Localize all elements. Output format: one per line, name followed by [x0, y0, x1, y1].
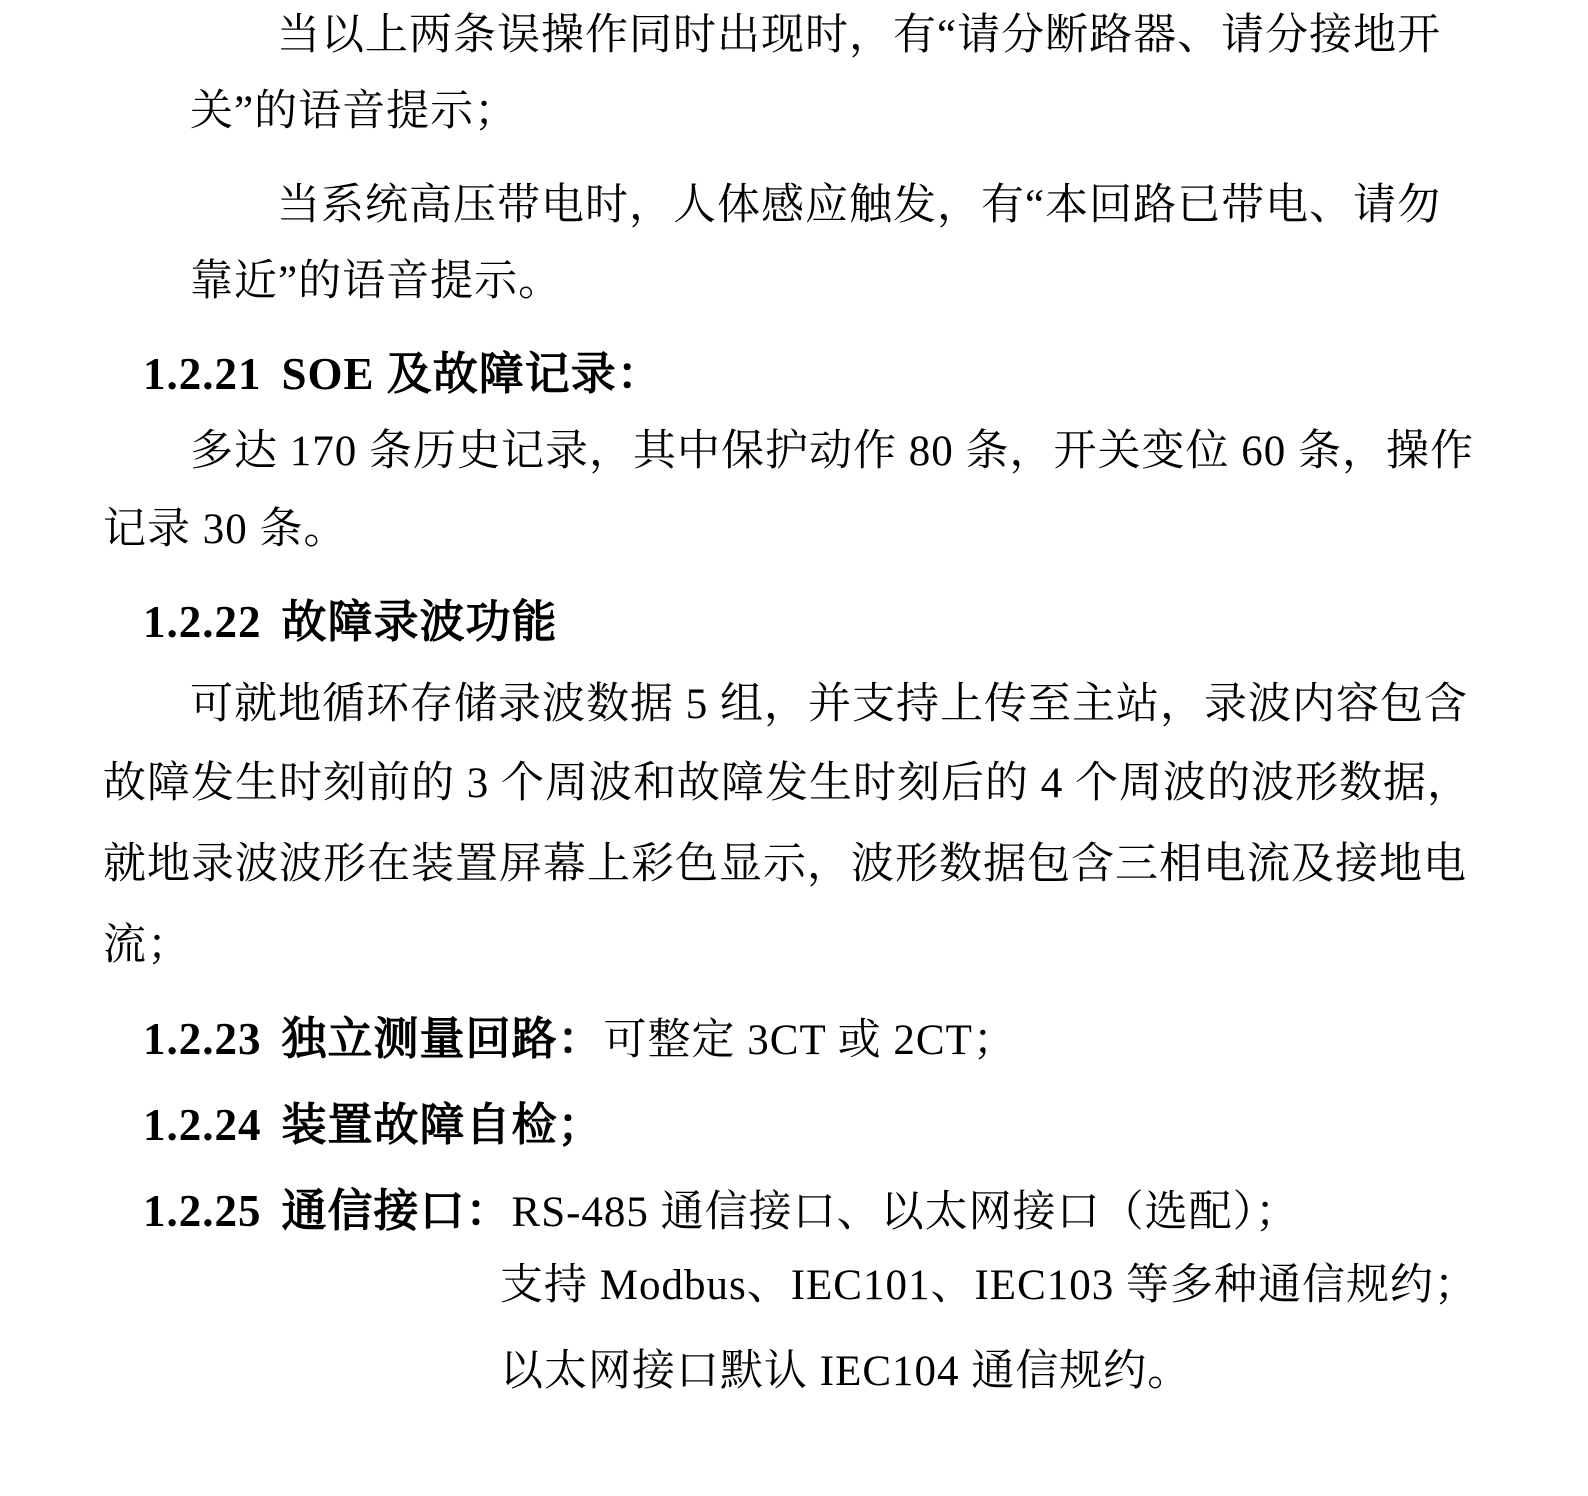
heading-title: 故障录波功能 — [282, 597, 558, 647]
section-heading-1-2-23-independent-measurement: 1.2.23独立测量回路：可整定 3CT 或 2CT； — [143, 1012, 1017, 1068]
fault-recording-line-3: 就地录波波形在装置屏幕上彩色显示，波形数据包含三相电流及接地电 — [103, 838, 1467, 892]
communication-protocols-line: 支持 Modbus、IEC101、IEC103 等多种通信规约； — [500, 1259, 1478, 1313]
voice-prompt-live-circuit-line-1: 当系统高压带电时，人体感应触发，有“本回路已带电、请勿 — [277, 179, 1441, 233]
voice-prompt-live-circuit-line-2: 靠近”的语音提示。 — [190, 255, 562, 309]
fault-recording-line-1: 可就地循环存储录波数据 5 组，并支持上传至主站，录波内容包含 — [190, 678, 1468, 732]
heading-body-text: RS-485 通信接口、以太网接口（选配）； — [512, 1189, 1300, 1236]
heading-title: 装置故障自检； — [282, 1100, 604, 1150]
heading-title: 通信接口： — [282, 1186, 512, 1236]
voice-prompt-misoperation-line-2: 关”的语音提示； — [190, 85, 518, 139]
section-heading-1-2-21-soe-records: 1.2.21SOE 及故障记录： — [143, 347, 663, 401]
section-heading-1-2-25-communication-interface: 1.2.25通信接口：RS-485 通信接口、以太网接口（选配）； — [143, 1184, 1299, 1240]
heading-number: 1.2.24 — [143, 1100, 262, 1150]
heading-title: 独立测量回路： — [282, 1014, 604, 1064]
heading-number: 1.2.22 — [143, 597, 262, 647]
heading-number: 1.2.25 — [143, 1186, 262, 1236]
voice-prompt-misoperation-line-1: 当以上两条误操作同时出现时，有“请分断路器、请分接地开 — [277, 9, 1441, 63]
ethernet-default-protocol-line: 以太网接口默认 IEC104 通信规约。 — [500, 1345, 1191, 1399]
heading-number: 1.2.21 — [143, 349, 262, 399]
section-heading-1-2-24-self-check: 1.2.24装置故障自检； — [143, 1098, 604, 1152]
heading-title: SOE 及故障记录： — [282, 349, 663, 399]
section-heading-1-2-22-fault-recording: 1.2.22故障录波功能 — [143, 595, 558, 649]
soe-records-line-1: 多达 170 条历史记录，其中保护动作 80 条，开关变位 60 条，操作 — [190, 425, 1474, 479]
soe-records-line-2: 记录 30 条。 — [103, 503, 348, 557]
fault-recording-line-2: 故障发生时刻前的 3 个周波和故障发生时刻后的 4 个周波的波形数据， — [103, 757, 1471, 811]
heading-number: 1.2.23 — [143, 1014, 262, 1064]
heading-body-text: 可整定 3CT 或 2CT； — [604, 1017, 1017, 1064]
document-page: 当以上两条误操作同时出现时，有“请分断路器、请分接地开 关”的语音提示； 当系统… — [0, 0, 1588, 1496]
fault-recording-line-4: 流； — [103, 919, 191, 973]
